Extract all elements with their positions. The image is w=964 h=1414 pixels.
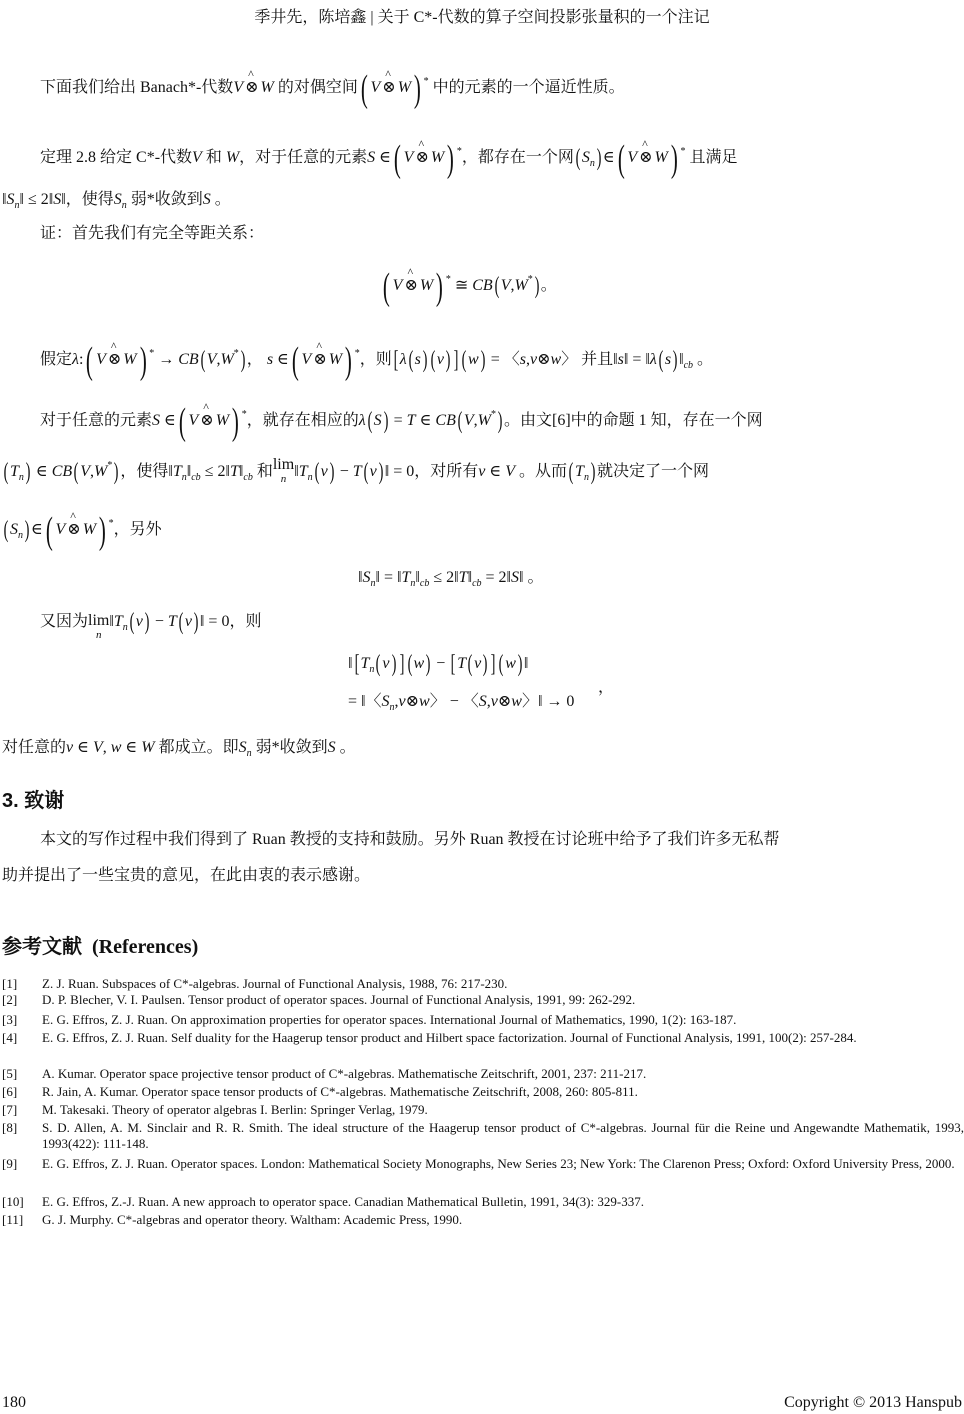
proof-text: 。由文[6]中的命题 1 知，存在一个网 <box>504 412 763 429</box>
running-header: 季井先，陈培鑫 | 关于 C*-代数的算子空间投影张量积的一个注记 <box>0 4 964 27</box>
reference-text: R. Jain, A. Kumar. Operator space tensor… <box>42 1084 964 1100</box>
reference-item: [6] R. Jain, A. Kumar. Operator space te… <box>2 1084 964 1100</box>
equation-weak-star-line-2: = ‖〈Sn,v⊗w〉 − 〈S,v⊗w〉‖ → 0 <box>348 692 574 718</box>
proof-text: ，就存在相应的 <box>247 412 359 429</box>
proof-text: 对于任意的元素 <box>40 412 152 429</box>
acknowledgement-line-1: 本文的写作过程中我们得到了 Ruan 教授的支持和鼓励。另外 Ruan 教授在讨… <box>40 830 780 850</box>
proof-text: 又因为 <box>40 613 88 630</box>
references-heading: 参考文献 (References) <box>2 930 198 959</box>
proof-text: ，对所有 <box>414 463 478 480</box>
proof-since: 又因为limn‖Tn(v) − T(v)‖ = 0，则 <box>40 612 261 640</box>
theorem-text: 且满足 <box>690 149 738 166</box>
reference-text: D. P. Blecher, V. I. Paulsen. Tensor pro… <box>42 992 964 1008</box>
reference-number: [4] <box>2 1030 17 1046</box>
punctuation: 。 <box>697 351 713 368</box>
equation-comma: ， <box>598 678 614 698</box>
theorem-line-2: ‖Sn‖ ≤ 2‖S‖，使得Sn 弱*收敛到S 。 <box>2 190 231 216</box>
acknowledgement-line-2: 助并提出了一些宝贵的意见，在此由衷的表示感谢。 <box>2 866 370 886</box>
proof-text: ，则 <box>360 351 392 368</box>
references-heading-en: (References) <box>92 936 198 958</box>
intro-text-before: 下面我们给出 Banach*-代数 <box>40 79 233 96</box>
theorem-text: 弱*收敛到 <box>131 191 203 208</box>
reference-text: E. G. Effros, Z. J. Ruan. Operator space… <box>42 1156 964 1172</box>
reference-item: [10] E. G. Effros, Z.-J. Ruan. A new app… <box>2 1194 964 1210</box>
reference-number: [3] <box>2 1012 17 1028</box>
proof-assumption: 假定λ:(V⊗W)* → CB(V,W*)， s ∈(V⊗W)*，则[λ(s)(… <box>40 344 713 376</box>
intro-paragraph: 下面我们给出 Banach*-代数V⊗W 的对偶空间(V⊗W)* 中的元素的一个… <box>40 72 625 104</box>
equation-weak-star-line-1: ‖[Tn(v)](w) − [T(v)](w)‖ <box>348 654 528 680</box>
reference-item: [11] G. J. Murphy. C*-algebras and opera… <box>2 1212 964 1228</box>
reference-item: [8] S. D. Allen, A. M. Sinclair and R. R… <box>2 1120 964 1154</box>
proof-paragraph-4: (Sn)∈(V⊗W)*，另外 <box>2 514 162 546</box>
intro-text-after: 中的元素的一个逼近性质。 <box>433 79 625 96</box>
reference-number: [2] <box>2 992 17 1008</box>
reference-number: [6] <box>2 1084 17 1100</box>
punctuation: 。 <box>340 739 356 756</box>
reference-number: [8] <box>2 1120 17 1136</box>
reference-text: S. D. Allen, A. M. Sinclair and R. R. Sm… <box>42 1120 964 1152</box>
reference-number: [7] <box>2 1102 17 1118</box>
theorem-text: ，都存在一个网 <box>462 149 574 166</box>
reference-number: [10] <box>2 1194 24 1210</box>
proof-text: ，使得 <box>120 463 168 480</box>
punctuation: 。 <box>541 277 557 294</box>
theorem-text: ，对于任意的元素 <box>239 149 367 166</box>
reference-number: [9] <box>2 1156 17 1172</box>
reference-number: [11] <box>2 1212 23 1228</box>
proof-text: 假定 <box>40 351 72 368</box>
theorem-text: ，使得 <box>66 191 114 208</box>
reference-item: [1] Z. J. Ruan. Subspaces of C*-algebras… <box>2 976 964 992</box>
proof-text: ，另外 <box>114 521 162 538</box>
proof-text: 都成立。即 <box>159 739 239 756</box>
proof-text: 。从而 <box>519 463 567 480</box>
proof-text: ，则 <box>229 613 261 630</box>
reference-number: [5] <box>2 1066 17 1082</box>
intro-text-mid: 的对偶空间 <box>278 79 358 96</box>
reference-number: [1] <box>2 976 17 992</box>
reference-text: G. J. Murphy. C*-algebras and operator t… <box>42 1212 964 1228</box>
reference-item: [9] E. G. Effros, Z. J. Ruan. Operator s… <box>2 1156 964 1190</box>
reference-item: [7] M. Takesaki. Theory of operator alge… <box>2 1102 964 1118</box>
punctuation: 。 <box>528 569 544 586</box>
reference-text: E. G. Effros, Z. J. Ruan. Self duality f… <box>42 1030 964 1046</box>
reference-text: E. G. Effros, Z. J. Ruan. On approximati… <box>42 1012 964 1028</box>
theorem-label: 定理 2.8 <box>40 149 96 166</box>
proof-conclusion: 对任意的v ∈ V, w ∈ W 都成立。即Sn 弱*收敛到S 。 <box>2 738 356 764</box>
proof-text: ， <box>247 351 263 368</box>
reference-text: Z. J. Ruan. Subspaces of C*-algebras. Jo… <box>42 976 964 992</box>
page-number: 180 <box>2 1394 26 1412</box>
proof-text: 并且 <box>581 351 613 368</box>
proof-text: 就决定了一个网 <box>597 463 709 480</box>
proof-paragraph-3: (Tn) ∈ CB(V,W*)，使得‖Tn‖cb ≤ 2‖T‖cb 和limn‖… <box>2 456 709 488</box>
theorem-text: 。 <box>215 191 231 208</box>
reference-text: M. Takesaki. Theory of operator algebras… <box>42 1102 964 1118</box>
proof-paragraph-2: 对于任意的元素S ∈(V⊗W)*，就存在相应的λ(S) = T ∈ CB(V,W… <box>40 405 763 437</box>
proof-text: 对任意的 <box>2 739 66 756</box>
equation-isometry: (V⊗W)* ≅ CB(V,W*)。 <box>380 270 557 302</box>
copyright: Copyright © 2013 Hanspub <box>784 1394 962 1412</box>
theorem-line-1: 定理 2.8 给定 C*-代数V 和 W，对于任意的元素S ∈(V⊗W)*，都存… <box>40 142 738 174</box>
reference-text: A. Kumar. Operator space projective tens… <box>42 1066 964 1082</box>
reference-item: [3] E. G. Effros, Z. J. Ruan. On approxi… <box>2 1012 964 1028</box>
references-heading-cn: 参考文献 <box>2 936 82 958</box>
reference-item: [2] D. P. Blecher, V. I. Paulsen. Tensor… <box>2 992 964 1008</box>
reference-item: [5] A. Kumar. Operator space projective … <box>2 1066 964 1082</box>
proof-intro: 证：首先我们有完全等距关系： <box>40 224 264 244</box>
proof-text: 弱*收敛到 <box>256 739 328 756</box>
equation-norm-bound: ‖Sn‖ = ‖Tn‖cb ≤ 2‖T‖cb = 2‖S‖ 。 <box>358 568 544 594</box>
reference-item: [4] E. G. Effros, Z. J. Ruan. Self duali… <box>2 1030 964 1064</box>
reference-text: E. G. Effros, Z.-J. Ruan. A new approach… <box>42 1194 964 1210</box>
theorem-text: 给定 C*-代数 <box>100 149 192 166</box>
theorem-text: 和 <box>206 149 222 166</box>
proof-text: 和 <box>257 463 273 480</box>
section-heading-acknowledgement: 3. 致谢 <box>2 784 64 813</box>
